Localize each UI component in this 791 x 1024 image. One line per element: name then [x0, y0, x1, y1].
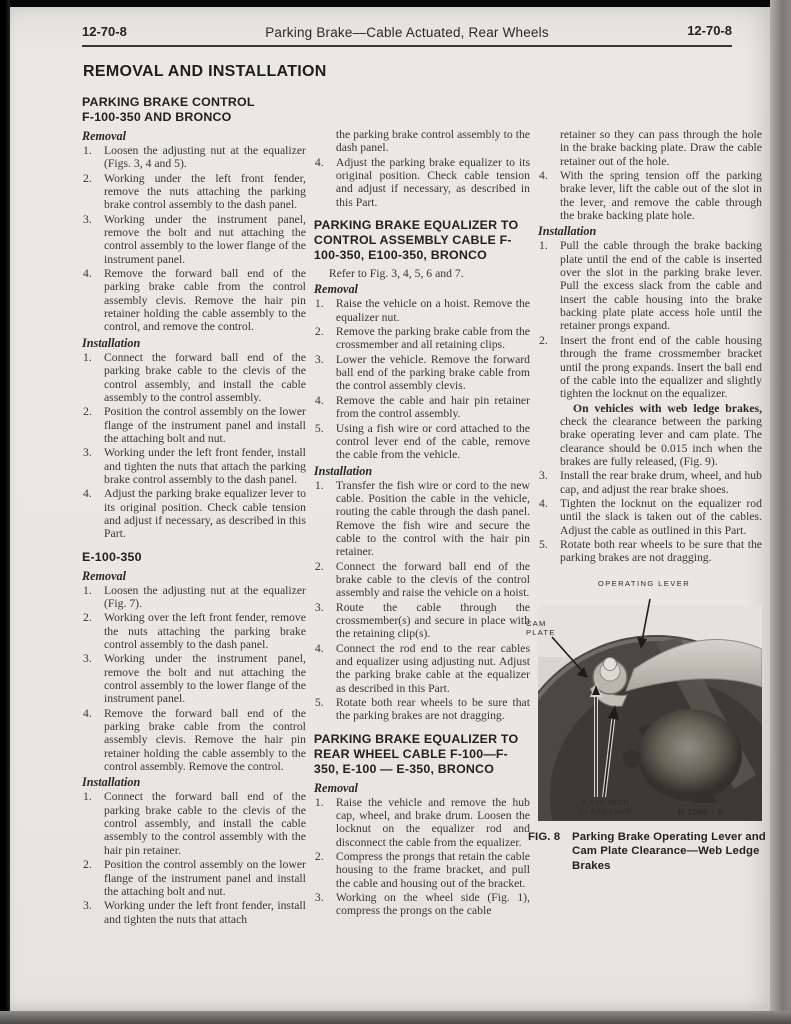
numbered-step: 1.Loosen the adjusting nut at the equali…: [82, 144, 306, 171]
subsection-heading: Removal: [82, 569, 306, 583]
step-number: 5.: [315, 696, 324, 709]
numbered-step: 1.Connect the forward ball end of the pa…: [82, 790, 306, 857]
step-number: 3.: [83, 652, 92, 665]
label-photo-ref: H 1566 - A: [678, 807, 758, 817]
numbered-step: 4.Tighten the locknut on the equalizer r…: [538, 497, 762, 537]
step-text: Connect the forward ball end of the brak…: [336, 560, 530, 600]
step-number: 4.: [315, 156, 324, 169]
step-number: 2.: [83, 405, 92, 418]
step-text: Raise the vehicle and remove the hub cap…: [336, 796, 530, 849]
step-text: Working under the instrument panel, remo…: [104, 652, 306, 705]
page-title: REMOVAL AND INSTALLATION: [83, 62, 327, 82]
numbered-step: 1.Raise the vehicle on a hoist. Remove t…: [314, 297, 530, 324]
scan-edge-top: [0, 0, 791, 7]
three-column-body: PARKING BRAKE CONTROL F-100-350 AND BRON…: [82, 95, 762, 927]
step-text: Remove the parking brake cable from the …: [336, 325, 530, 352]
numbered-step: 4.Connect the rod end to the rear cables…: [314, 642, 530, 695]
paragraph-continuation: retainer so they can pass through the ho…: [538, 128, 762, 168]
numbered-step: 3.Working under the left front fender, i…: [82, 446, 306, 486]
numbered-step: 3.Working under the instrument panel, re…: [82, 652, 306, 705]
numbered-step: 4.Adjust the parking brake equalizer to …: [314, 156, 530, 209]
subsection-heading: Installation: [82, 775, 306, 789]
numbered-step: 2.Working under the left front fender, r…: [82, 172, 306, 212]
column-right: retainer so they can pass through the ho…: [538, 95, 762, 927]
step-number: 1.: [539, 239, 548, 252]
running-title: Parking Brake—Cable Actuated, Rear Wheel…: [82, 25, 732, 41]
step-text: Working under the left front fender, ins…: [104, 446, 306, 486]
column-middle: the parking brake control assembly to th…: [314, 95, 530, 927]
step-text: Working over the left front fender, remo…: [104, 611, 306, 651]
numbered-step: 3.Working under the instrument panel, re…: [82, 213, 306, 266]
page-number-right: 12-70-8: [687, 23, 732, 39]
step-number: 1.: [83, 144, 92, 157]
paragraph: On vehicles with web ledge brakes, check…: [538, 402, 762, 469]
step-number: 1.: [83, 790, 92, 803]
step-number: 2.: [83, 611, 92, 624]
figure-8-caption: FIG. 8 Parking Brake Operating Lever and…: [528, 830, 782, 874]
numbered-step: 4.Adjust the parking brake equalizer lev…: [82, 487, 306, 540]
numbered-step: 1.Loosen the adjusting nut at the equali…: [82, 584, 306, 611]
numbered-step: 2.Compress the prongs that retain the ca…: [314, 850, 530, 890]
step-text: Connect the rod end to the rear cables a…: [336, 642, 530, 695]
numbered-step: 1.Connect the forward ball end of the pa…: [82, 351, 306, 404]
section-heading: PARKING BRAKE EQUALIZER TO CONTROL ASSEM…: [314, 218, 530, 263]
numbered-step: 2.Insert the front end of the cable hous…: [538, 334, 762, 401]
paper-page: 12-70-8 Parking Brake—Cable Actuated, Re…: [10, 7, 770, 1011]
step-number: 4.: [83, 707, 92, 720]
section-heading: E-100-350: [82, 550, 306, 565]
step-number: 2.: [83, 172, 92, 185]
step-text: Adjust the parking brake equalizer to it…: [336, 156, 530, 209]
step-number: 3.: [315, 891, 324, 904]
step-text: Pull the cable through the brake backing…: [560, 239, 762, 332]
step-text: With the spring tension off the parking …: [560, 169, 762, 222]
numbered-step: 5.Rotate both rear wheels to be sure tha…: [538, 538, 762, 565]
numbered-step: 2.Connect the forward ball end of the br…: [314, 560, 530, 600]
numbered-step: 4.With the spring tension off the parkin…: [538, 169, 762, 222]
step-text: Connect the forward ball end of the park…: [104, 351, 306, 404]
step-text: Route the cable through the crossmember(…: [336, 601, 530, 641]
label-operating-lever: OPERATING LEVER: [596, 579, 692, 589]
step-text: Rotate both rear wheels to be sure that …: [560, 538, 762, 565]
brake-photo-illustration: [538, 579, 762, 821]
numbered-step: 5.Rotate both rear wheels to be sure tha…: [314, 696, 530, 723]
step-text: Remove the forward ball end of the parki…: [104, 267, 306, 334]
numbered-step: 5.Using a fish wire or cord attached to …: [314, 422, 530, 462]
scan-edge-bottom: [0, 1011, 791, 1024]
step-text: Remove the cable and hair pin retainer f…: [336, 394, 530, 421]
column-left: PARKING BRAKE CONTROL F-100-350 AND BRON…: [82, 95, 306, 927]
step-number: 2.: [315, 325, 324, 338]
step-text: Rotate both rear wheels to be sure that …: [336, 696, 530, 723]
numbered-step: 4.Remove the forward ball end of the par…: [82, 267, 306, 334]
step-number: 1.: [315, 796, 324, 809]
step-text: Loosen the adjusting nut at the equalize…: [104, 584, 306, 611]
subsection-heading: Installation: [82, 336, 306, 350]
step-number: 1.: [83, 584, 92, 597]
numbered-step: 2.Working over the left front fender, re…: [82, 611, 306, 651]
step-text: Remove the forward ball end of the parki…: [104, 707, 306, 774]
step-number: 2.: [83, 858, 92, 871]
subsection-heading: Removal: [314, 282, 530, 296]
page-header: 12-70-8 Parking Brake—Cable Actuated, Re…: [82, 21, 732, 45]
numbered-step: 3.Route the cable through the crossmembe…: [314, 601, 530, 641]
numbered-step: 3.Working under the left front fender, i…: [82, 899, 306, 926]
step-number: 4.: [315, 394, 324, 407]
paragraph: Refer to Fig. 3, 4, 5, 6 and 7.: [314, 267, 530, 280]
step-number: 5.: [315, 422, 324, 435]
numbered-step: 4.Remove the forward ball end of the par…: [82, 707, 306, 774]
numbered-step: 4.Remove the cable and hair pin retainer…: [314, 394, 530, 421]
numbered-step: 2.Position the control assembly on the l…: [82, 405, 306, 445]
step-number: 4.: [83, 487, 92, 500]
step-text: Compress the prongs that retain the cabl…: [336, 850, 530, 890]
label-clearance: 0.015 INCH CLEARANCE: [560, 798, 652, 817]
figure-number: FIG. 8: [528, 830, 560, 845]
step-text: Install the rear brake drum, wheel, and …: [560, 469, 762, 496]
step-number: 4.: [83, 267, 92, 280]
step-number: 3.: [83, 899, 92, 912]
step-number: 1.: [83, 351, 92, 364]
step-text: Working on the wheel side (Fig. 1), comp…: [336, 891, 530, 918]
step-text: Tighten the locknut on the equalizer rod…: [560, 497, 762, 537]
subsection-heading: Removal: [82, 129, 306, 143]
section-heading: PARKING BRAKE EQUALIZER TO REAR WHEEL CA…: [314, 732, 530, 777]
step-text: Connect the forward ball end of the park…: [104, 790, 306, 857]
step-text: Adjust the parking brake equalizer lever…: [104, 487, 306, 540]
numbered-step: 1.Pull the cable through the brake backi…: [538, 239, 762, 332]
scan-edge-left: [0, 0, 10, 1024]
label-cam-plate: CAM PLATE: [526, 619, 570, 638]
numbered-step: 3.Lower the vehicle. Remove the forward …: [314, 353, 530, 393]
step-number: 3.: [315, 601, 324, 614]
step-number: 1.: [315, 297, 324, 310]
figure-caption-text: Parking Brake Operating Lever and Cam Pl…: [572, 831, 766, 872]
step-text: Raise the vehicle on a hoist. Remove the…: [336, 297, 530, 324]
step-text: Working under the instrument panel, remo…: [104, 213, 306, 266]
step-number: 2.: [315, 560, 324, 573]
numbered-step: 3.Working on the wheel side (Fig. 1), co…: [314, 891, 530, 918]
scanned-manual-page: 12-70-8 Parking Brake—Cable Actuated, Re…: [0, 0, 791, 1024]
paragraph-continuation: the parking brake control assembly to th…: [314, 128, 530, 155]
numbered-step: 1.Raise the vehicle and remove the hub c…: [314, 796, 530, 849]
step-number: 3.: [539, 469, 548, 482]
step-number: 3.: [83, 213, 92, 226]
step-text: Insert the front end of the cable housin…: [560, 334, 762, 401]
step-text: Working under the left front fender, rem…: [104, 172, 306, 212]
step-text: Position the control assembly on the low…: [104, 405, 306, 445]
subsection-heading: Installation: [314, 464, 530, 478]
step-text: Loosen the adjusting nut at the equalize…: [104, 144, 306, 171]
step-number: 4.: [539, 497, 548, 510]
section-heading: PARKING BRAKE CONTROL F-100-350 AND BRON…: [82, 95, 306, 125]
subsection-heading: Removal: [314, 781, 530, 795]
step-text: Position the control assembly on the low…: [104, 858, 306, 898]
step-number: 4.: [539, 169, 548, 182]
step-text: Lower the vehicle. Remove the forward ba…: [336, 353, 530, 393]
figure-8-photo: OPERATING LEVER CAM PLATE 0.015 INCH CLE…: [538, 579, 762, 821]
step-number: 1.: [315, 479, 324, 492]
header-rule: [82, 45, 732, 47]
numbered-step: 2.Position the control assembly on the l…: [82, 858, 306, 898]
step-number: 4.: [315, 642, 324, 655]
bold-lead: On vehicles with web ledge brakes,: [573, 402, 762, 415]
step-number: 2.: [539, 334, 548, 347]
numbered-step: 2.Remove the parking brake cable from th…: [314, 325, 530, 352]
step-number: 3.: [315, 353, 324, 366]
numbered-step: 1.Transfer the fish wire or cord to the …: [314, 479, 530, 559]
step-text: Working under the left front fender, ins…: [104, 899, 306, 926]
step-number: 3.: [83, 446, 92, 459]
step-text: Using a fish wire or cord attached to th…: [336, 422, 530, 462]
step-number: 2.: [315, 850, 324, 863]
step-number: 5.: [539, 538, 548, 551]
numbered-step: 3.Install the rear brake drum, wheel, an…: [538, 469, 762, 496]
step-text: Transfer the fish wire or cord to the ne…: [336, 479, 530, 559]
subsection-heading: Installation: [538, 224, 762, 238]
